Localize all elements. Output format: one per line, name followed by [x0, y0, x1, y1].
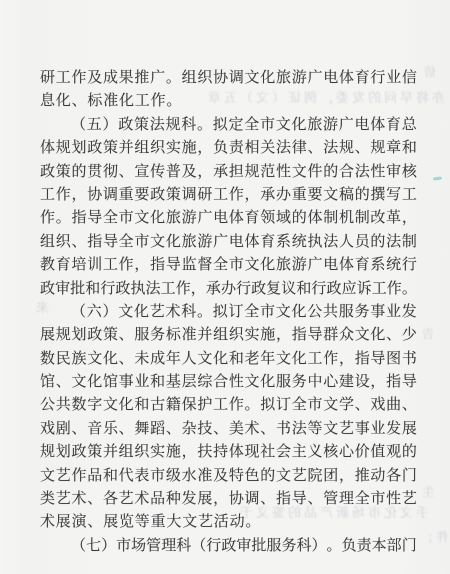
bleedthrough-text: 生 [419, 486, 434, 498]
text-line: 类艺术、各艺术品种发展，协调、指导、管理全市性艺 [40, 488, 417, 511]
text-line: 工作，协调重要政策调研工作，承办重要文稿的撰写工 [40, 184, 417, 207]
text-line: 戏剧、音乐、舞蹈、杂技、美术、书法等文艺事业发展 [40, 418, 417, 441]
text-line: 息化、标准化工作。 [40, 90, 417, 113]
scan-artifact [433, 176, 442, 180]
bleedthrough-text: 件； [418, 531, 448, 543]
text-line: 数民族文化、未成年人文化和老年文化工作，指导图书 [40, 348, 417, 371]
text-line: 组织、指导全市文化旅游广电体育系统执法人员的法制 [40, 231, 417, 254]
text-line: （六）文化艺术科。拟订全市文化公共服务事业发 [40, 301, 417, 324]
text-line: 研工作及成果推广。组织协调文化旅游广电体育行业信 [40, 67, 417, 90]
text-line: 规划政策并组织实施，扶持体现社会主义核心价值观的 [40, 441, 417, 464]
text-line: （七）市场管理科（行政审批服务科）。负责本部门 [40, 535, 417, 558]
text-line: 文艺作品和代表市级水准及特色的文艺院团，推动各门 [40, 465, 417, 488]
text-line: 教育培训工作，指导监督全市文化旅游广电体育系统行 [40, 254, 417, 277]
text-line: 展规划政策、服务标准并组织实施，指导群众文化、少 [40, 324, 417, 347]
document-page: 研工作及成果推广。组织协调文化旅游广电体育行业信息化、标准化工作。（五）政策法规… [0, 0, 450, 574]
bleedthrough-text: 倍 [421, 66, 436, 78]
text-line: 政策的贯彻、宣传普及，承担规范性文件的合法性审核 [40, 161, 417, 184]
text-line: 体规划政策并组织实施，负责相关法律、法规、规章和 [40, 137, 417, 160]
bleedthrough-text: 告 [419, 328, 434, 340]
text-line: 术展演、展览等重大文艺活动。 [40, 511, 417, 534]
text-line: 馆、文化馆事业和基层综合性文化服务中心建设，指导 [40, 371, 417, 394]
text-line: 公共数字文化和古籍保护工作。拟订全市文学、戏曲、 [40, 394, 417, 417]
text-line: （五）政策法规科。拟定全市文化旅游广电体育总 [40, 114, 417, 137]
text-line: 作。指导全市文化旅游广电体育领域的体制机制改革， [40, 207, 417, 230]
document-text-block: 研工作及成果推广。组织协调文化旅游广电体育行业信息化、标准化工作。（五）政策法规… [40, 67, 417, 558]
text-line: 政审批和行政执法工作，承办行政复议和行政应诉工作。 [40, 278, 417, 301]
